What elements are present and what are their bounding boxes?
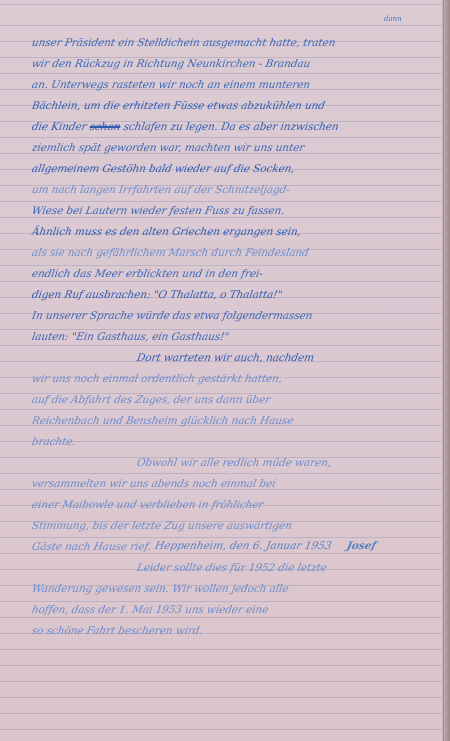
diary-page: dann unser Präsident ein Stelldichein au…: [0, 0, 450, 741]
text-line-10: Ähnlich muss es den alten Griechen ergan…: [30, 222, 434, 243]
text-line-29: so schöne Fahrt bescheren wird.: [30, 621, 434, 642]
signature-line: Heppenheim, den 6. Januar 1953 Josef: [154, 540, 417, 552]
text-line-20: brachte.: [30, 432, 434, 453]
text-line-8: um nach langen Irrfahrten auf der Schnit…: [30, 180, 434, 201]
text-line-2: wir den Rückzug in Richtung Neunkirchen …: [30, 54, 434, 75]
text-line-6: ziemlich spät geworden war, machten wir …: [30, 138, 434, 159]
text-line-11: als sie nach gefährlichem Marsch durch F…: [30, 243, 434, 264]
text-line-12: endlich das Meer erblickten und in den f…: [30, 264, 434, 285]
text-line-3: an. Unterwegs rasteten wir noch an einem…: [30, 75, 434, 96]
book-spine-edge: [442, 0, 450, 741]
text-line-14: In unserer Sprache würde das etwa folgen…: [30, 306, 434, 327]
text-line-22: versammelten wir uns abends noch einmal …: [30, 474, 434, 495]
text-line-28: hoffen, dass der 1. Mai 1953 uns wieder …: [30, 600, 434, 621]
insertion-note: dann: [384, 15, 402, 23]
text-line-9: Wiese bei Lautern wieder festen Fuss zu …: [30, 201, 434, 222]
text-line-7: allgemeinem Gestöhn bald wieder auf die …: [30, 159, 434, 180]
text-line-24: Stimmung, bis der letzte Zug unsere ausw…: [30, 516, 434, 537]
text-line-5-start: die Kinder: [31, 121, 88, 133]
text-line-26: Leider sollte dies für 1952 die letzte: [30, 558, 434, 579]
text-line-23: einer Maibowle und verblieben in fröhlic…: [30, 495, 434, 516]
text-line-17: wir uns noch einmal ordentlich gestärkt …: [30, 369, 434, 390]
text-line-13: digen Ruf ausbrachen: "O Thalatta, o Tha…: [30, 285, 434, 306]
text-line-21: Obwohl wir alle redlich müde waren,: [30, 453, 434, 474]
place-date: Heppenheim, den 6. Januar 1953: [154, 540, 333, 552]
text-line-18: auf die Abfahrt des Zuges, der uns dann …: [30, 390, 434, 411]
text-line-5: die Kinder schon schlafen zu legen. Da e…: [30, 117, 434, 138]
text-line-1: unser Präsident ein Stelldichein ausgema…: [30, 33, 434, 54]
text-line-19: Reichenbach und Bensheim glücklich nach …: [30, 411, 434, 432]
struck-word: schon: [89, 121, 122, 133]
text-line-4: Bächlein, um die erhitzten Füsse etwas a…: [30, 96, 434, 117]
signature-name: Josef: [346, 540, 378, 552]
text-line-27: Wanderung gewesen sein. Wir wollen jedoc…: [30, 579, 434, 600]
text-line-15: lauten: "Ein Gasthaus, ein Gasthaus!": [30, 327, 434, 348]
text-line-5-end: schlafen zu legen. Da es aber inzwischen: [123, 121, 340, 133]
text-line-16: Dort warteten wir auch, nachdem: [30, 348, 434, 369]
